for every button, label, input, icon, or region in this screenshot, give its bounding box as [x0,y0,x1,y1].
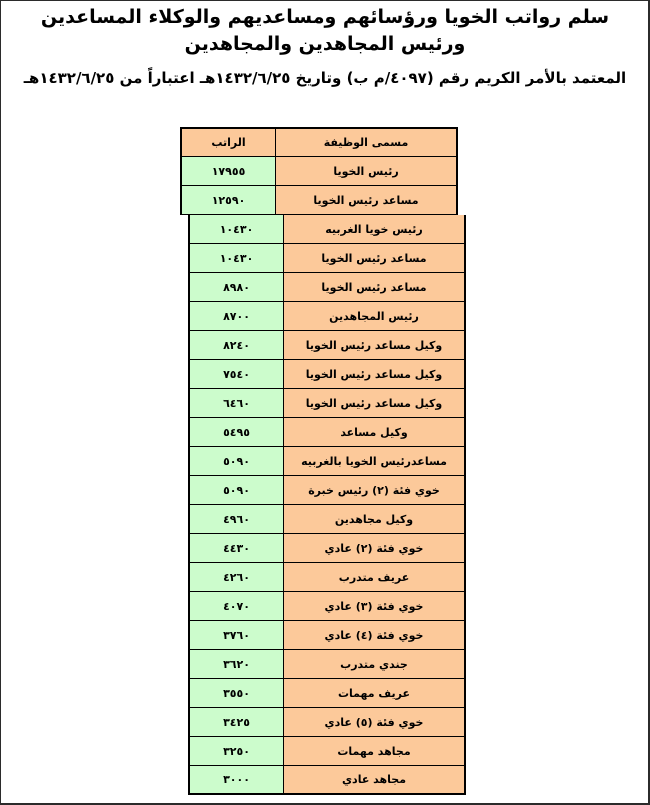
salary-table: مسمى الوظيفة الراتب رئيس الخويا ١٧٩٥٥ مس… [188,127,466,795]
table-row: مساعد رئيس الخويا ٨٩٨٠ [188,273,466,302]
table-row: مساعدرئيس الخويا بالغربيه ٥٠٩٠ [188,447,466,476]
job-title-cell: خوي فئة (٢) عادي [283,534,464,562]
salary-cell: ٥٤٩٥ [190,418,283,446]
salary-cell: ٦٤٦٠ [190,389,283,417]
job-title-cell: وكيل مساعد رئيس الخويا [283,360,464,388]
job-title-cell: مجاهد مهمات [283,737,464,765]
job-title-cell: رئيس الخويا [275,157,456,185]
job-title-cell: مساعدرئيس الخويا بالغربيه [283,447,464,475]
salary-cell: ٤٢٦٠ [190,563,283,591]
salary-cell: ٤٤٣٠ [190,534,283,562]
table-row: وكيل مجاهدين ٤٩٦٠ [188,505,466,534]
header-salary: الراتب [182,129,275,156]
salary-cell: ٨٢٤٠ [190,331,283,359]
salary-cell: ٣٠٠٠ [190,766,283,793]
job-title-cell: وكيل مساعد [283,418,464,446]
table-row: رئيس خويا الغربيه ١٠٤٣٠ [188,215,466,244]
salary-cell: ٤٩٦٠ [190,505,283,533]
job-title-cell: وكيل مساعد رئيس الخويا [283,389,464,417]
table-row: مجاهد عادي ٣٠٠٠ [188,766,466,795]
table-row: خوي فئة (٢) عادي ٤٤٣٠ [188,534,466,563]
table-row: عريف مهمات ٣٥٥٠ [188,679,466,708]
job-title-cell: رئيس المجاهدين [283,302,464,330]
job-title-cell: جندي متدرب [283,650,464,678]
job-title-cell: مساعد رئيس الخويا [275,186,456,214]
job-title-cell: خوي فئة (٥) عادي [283,708,464,736]
salary-cell: ٨٩٨٠ [190,273,283,301]
job-title-cell: مساعد رئيس الخويا [283,244,464,272]
salary-cell: ١٢٥٩٠ [182,186,275,214]
table-row: وكيل مساعد رئيس الخويا ٨٢٤٠ [188,331,466,360]
document-title: سلم رواتب الخويا ورؤسائهم ومساعديهم والو… [20,4,630,58]
salary-cell: ١٠٤٣٠ [190,244,283,272]
table-row: جندي متدرب ٣٦٢٠ [188,650,466,679]
salary-cell: ٨٧٠٠ [190,302,283,330]
document-subtitle: المعتمد بالأمر الكريم رقم (٤٠٩٧/م ب) وتا… [20,67,630,89]
salary-cell: ٧٥٤٠ [190,360,283,388]
table-row: مساعد رئيس الخويا ١٢٥٩٠ [180,186,458,215]
salary-cell: ٣٧٦٠ [190,621,283,649]
table-row: مساعد رئيس الخويا ١٠٤٣٠ [188,244,466,273]
job-title-cell: خوي فئة (٢) رئيس خبرة [283,476,464,504]
salary-cell: ١٧٩٥٥ [182,157,275,185]
salary-cell: ٣٦٢٠ [190,650,283,678]
table-row: خوي فئة (٤) عادي ٣٧٦٠ [188,621,466,650]
job-title-cell: وكيل مجاهدين [283,505,464,533]
job-title-cell: عريف متدرب [283,563,464,591]
table-row: خوي فئة (٢) رئيس خبرة ٥٠٩٠ [188,476,466,505]
salary-cell: ٥٠٩٠ [190,447,283,475]
table-row: وكيل مساعد رئيس الخويا ٦٤٦٠ [188,389,466,418]
table-row: وكيل مساعد ٥٤٩٥ [188,418,466,447]
job-title-cell: خوي فئة (٣) عادي [283,592,464,620]
table-row: خوي فئة (٥) عادي ٣٤٢٥ [188,708,466,737]
salary-cell: ٣٢٥٠ [190,737,283,765]
table-row: رئيس المجاهدين ٨٧٠٠ [188,302,466,331]
job-title-cell: عريف مهمات [283,679,464,707]
salary-cell: ٤٠٧٠ [190,592,283,620]
salary-cell: ٣٤٢٥ [190,708,283,736]
job-title-cell: مجاهد عادي [283,766,464,793]
job-title-cell: رئيس خويا الغربيه [283,215,464,243]
job-title-cell: وكيل مساعد رئيس الخويا [283,331,464,359]
table-row: عريف متدرب ٤٢٦٠ [188,563,466,592]
table-row: خوي فئة (٣) عادي ٤٠٧٠ [188,592,466,621]
table-row: وكيل مساعد رئيس الخويا ٧٥٤٠ [188,360,466,389]
salary-cell: ١٠٤٣٠ [190,215,283,243]
table-header-row: مسمى الوظيفة الراتب [180,127,458,157]
table-row: رئيس الخويا ١٧٩٥٥ [180,157,458,186]
header-job-title: مسمى الوظيفة [275,129,456,156]
job-title-cell: خوي فئة (٤) عادي [283,621,464,649]
job-title-cell: مساعد رئيس الخويا [283,273,464,301]
salary-cell: ٣٥٥٠ [190,679,283,707]
table-row: مجاهد مهمات ٣٢٥٠ [188,737,466,766]
salary-cell: ٥٠٩٠ [190,476,283,504]
